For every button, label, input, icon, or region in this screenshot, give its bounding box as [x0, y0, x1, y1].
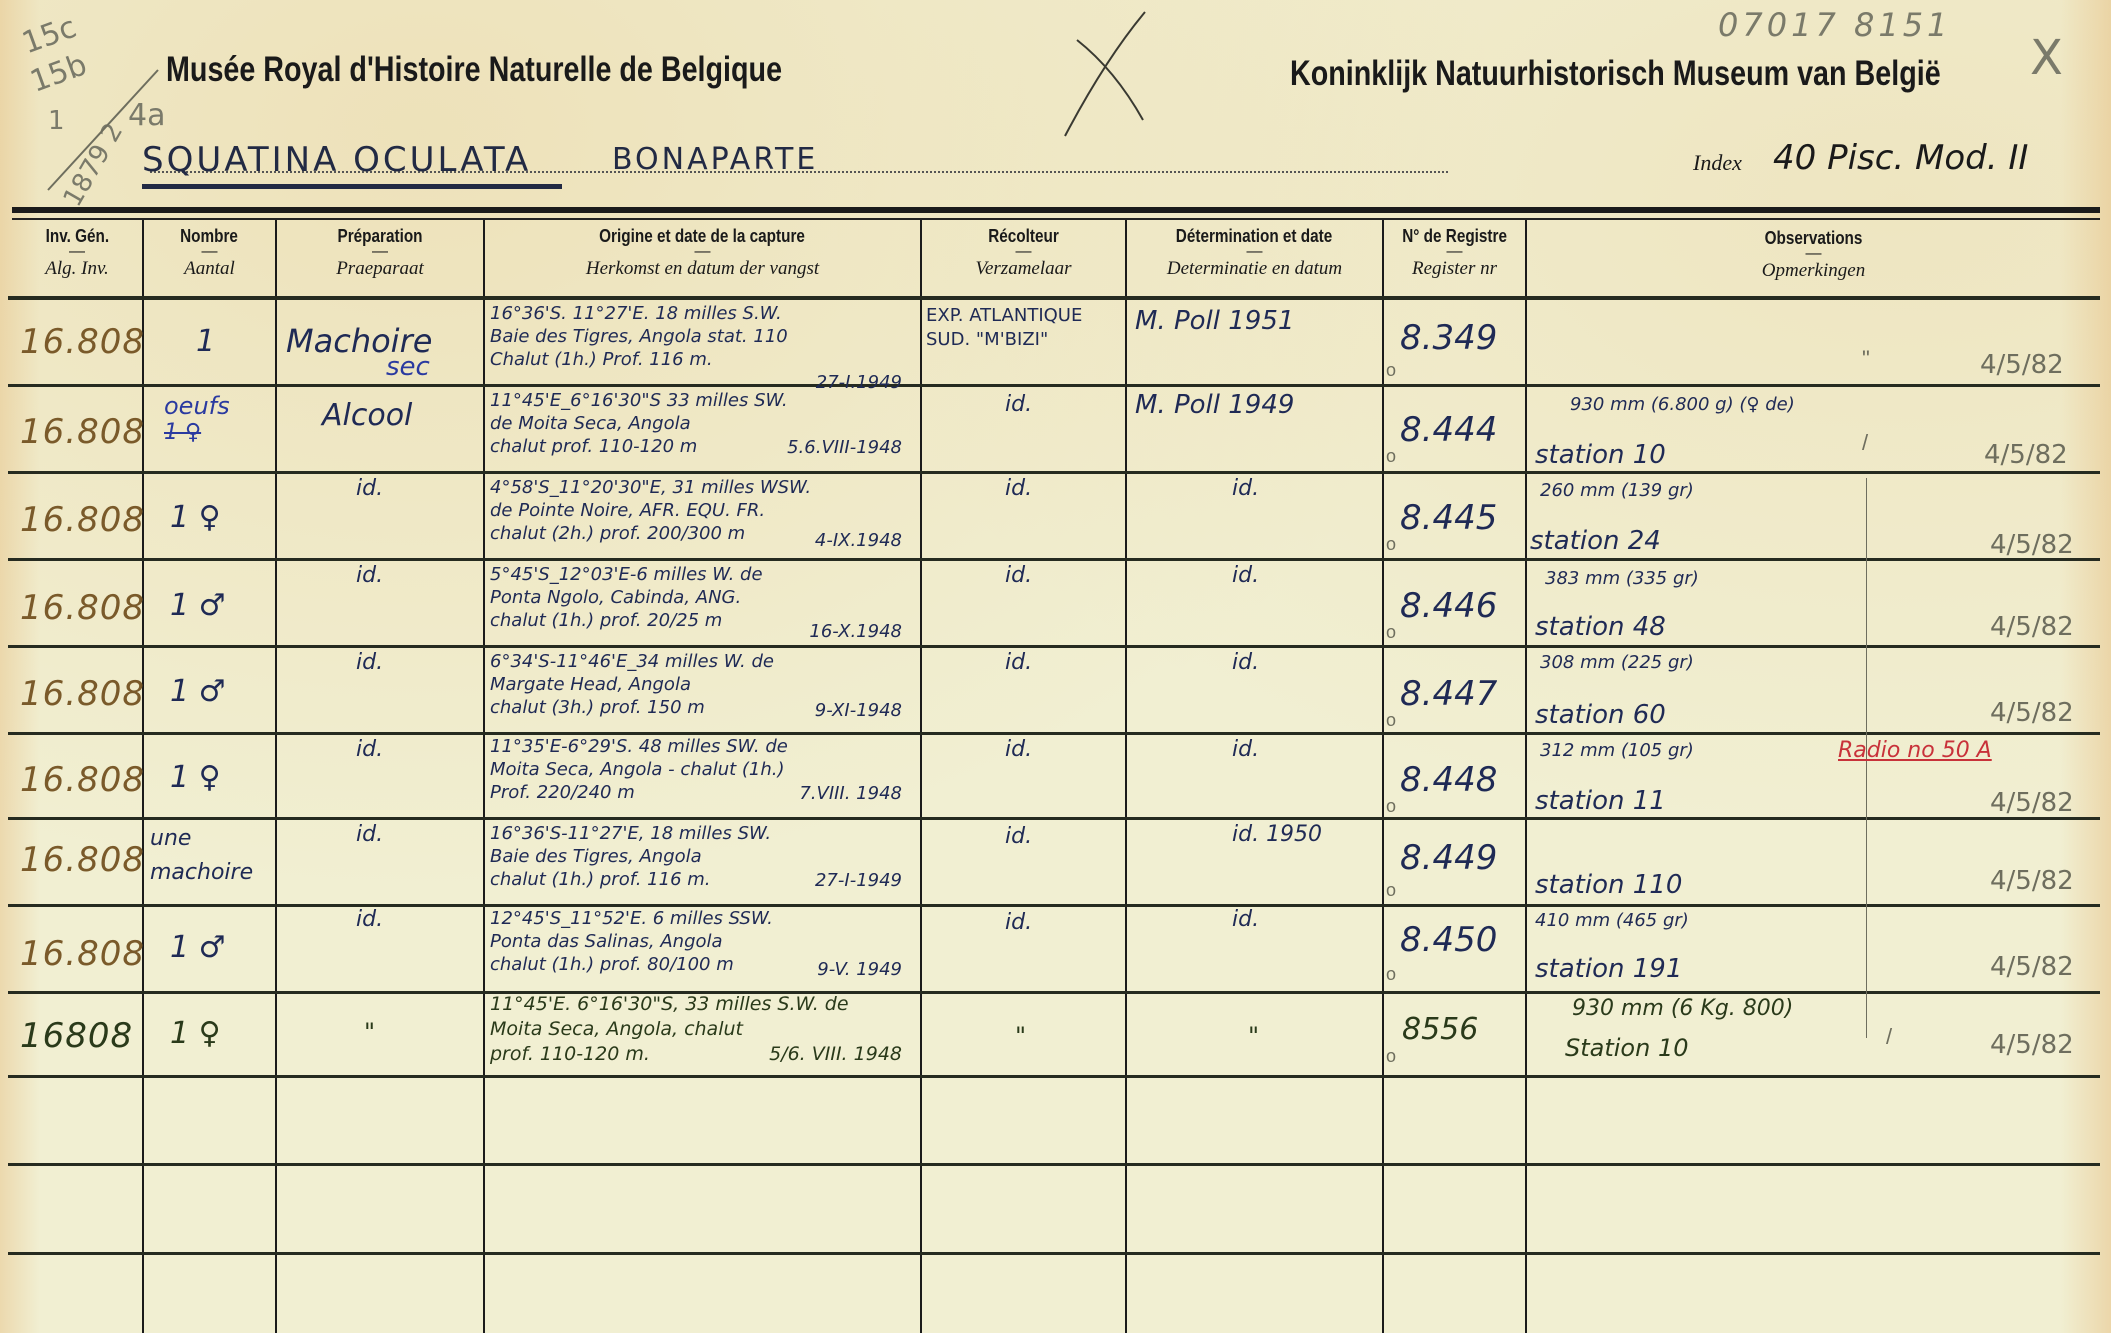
register-marker: o [1386, 710, 1396, 731]
preparation: Alcool [322, 398, 412, 433]
species-underline [142, 184, 562, 189]
index-label: Index [1693, 150, 1742, 176]
determination: id. [1232, 563, 1259, 588]
preparation: id. [356, 822, 383, 847]
origin-and-date: 16°36'S-11°27'E, 18 milles SW. Baie des … [490, 822, 910, 892]
station: station 10 [1535, 440, 1666, 470]
preparation-note: sec [386, 352, 430, 382]
index-value: 40 Pisc. Mod. II [1773, 138, 2028, 178]
origin-and-date: 11°35'E-6°29'S. 48 milles SW. de Moita S… [490, 735, 910, 805]
specimen-count: 1 ♂ [170, 674, 226, 709]
row-rule [8, 645, 2100, 648]
specimen-count: une machoire [150, 822, 270, 890]
catalog-number: 07017 8151 [1718, 6, 1951, 44]
determination: id. [1232, 737, 1259, 762]
measurement: 383 mm (335 gr) [1545, 568, 1699, 589]
row-rule [8, 1252, 2100, 1255]
preparation: id. [356, 650, 383, 675]
specimen-count: 1 ♀ [170, 1016, 221, 1051]
origin-and-date: 5°45'S_12°03'E-6 milles W. de Ponta Ngol… [490, 563, 910, 643]
column-header-observations: Observations — Opmerkingen [1527, 228, 2100, 281]
column-header-nombre: Nombre — Aantal [144, 226, 275, 279]
column-header-recolteur: Récolteur — Verzamelaar [922, 226, 1125, 279]
station: station 11 [1535, 786, 1666, 816]
station: station 48 [1535, 612, 1666, 642]
station: station 110 [1535, 870, 1682, 900]
cross-mark-icon [1045, 10, 1155, 140]
column-header-preparation: Préparation — Praeparaat [277, 226, 483, 279]
column-header-registre: N° de Registre — Register nr [1384, 226, 1525, 279]
row-rule [8, 1163, 2100, 1166]
row-rule [8, 1075, 2100, 1078]
row-rule [8, 384, 2100, 387]
check-date: 4/5/82 [1990, 612, 2074, 642]
station: station 60 [1535, 700, 1666, 730]
column-header-determination: Détermination et date — Determinatie en … [1127, 226, 1382, 279]
determination: id. [1232, 907, 1259, 932]
origin-and-date: 11°45'E. 6°16'30"S, 33 milles S.W. de Mo… [490, 992, 910, 1067]
specimen-count-struck: 1 ♀ [164, 420, 201, 445]
register-number: 8.349 [1400, 318, 1497, 358]
determination: id. [1232, 476, 1259, 501]
measurement: 260 mm (139 gr) [1540, 480, 1694, 501]
specimen-count: oeufs [164, 392, 230, 420]
inv-number: 16.808 [20, 412, 145, 452]
register-number: 8.444 [1400, 410, 1497, 450]
inv-number: 16.808 [20, 322, 145, 362]
origin-and-date: 11°45'E_6°16'30"S 33 milles SW. de Moita… [490, 389, 910, 459]
inv-number: 16.808 [20, 760, 145, 800]
register-number: 8.445 [1400, 498, 1497, 538]
collector: id. [1005, 824, 1032, 849]
corner-cross-mark: X [2030, 30, 2063, 86]
inv-number: 16.808 [20, 500, 145, 540]
register-marker: o [1386, 534, 1396, 555]
table-top-rule [12, 207, 2100, 213]
station: Station 10 [1565, 1034, 1689, 1062]
collector: id. [1005, 392, 1032, 417]
row-rule [8, 991, 2100, 994]
determination: M. Poll 1949 [1135, 390, 1294, 420]
measurement: 930 mm (6 Kg. 800) [1572, 996, 1793, 1021]
preparation: id. [356, 476, 383, 501]
register-marker: o [1386, 622, 1396, 643]
collector: id. [1005, 910, 1032, 935]
origin-and-date: 16°36'S. 11°27'E. 18 milles S.W. Baie de… [490, 302, 910, 394]
radiograph-note: Radio no 50 A [1838, 738, 1992, 763]
specimen-count: 1 ♂ [170, 930, 226, 965]
check-date: 4/5/82 [1984, 440, 2068, 470]
specimen-count: 1 ♀ [170, 760, 221, 795]
origin-and-date: 4°58'S_11°20'30"E, 31 milles WSW. de Poi… [490, 476, 910, 552]
collector: id. [1005, 476, 1032, 501]
check-date: 4/5/82 [1990, 530, 2074, 560]
species-author: BONAPARTE [612, 142, 818, 177]
register-marker: o [1386, 446, 1396, 467]
check-date: 4/5/82 [1990, 866, 2074, 896]
row-rule [8, 904, 2100, 907]
header-bottom-rule [8, 296, 2100, 300]
check-date: 4/5/82 [1990, 698, 2074, 728]
origin-and-date: 6°34'S-11°46'E_34 milles W. de Margate H… [490, 650, 910, 722]
station: station 191 [1535, 954, 1682, 984]
preparation: id. [356, 907, 383, 932]
row-rule [8, 817, 2100, 820]
specimen-count: 1 ♂ [170, 588, 226, 623]
register-number: 8.450 [1400, 920, 1497, 960]
inv-number: 16.808 [20, 588, 145, 628]
register-marker: o [1386, 880, 1396, 901]
specimen-count: 1 [196, 324, 215, 359]
preparation: id. [356, 563, 383, 588]
row-rule [8, 558, 2100, 561]
register-number: 8.446 [1400, 586, 1497, 626]
museum-title-nl: Koninklijk Natuurhistorisch Museum van B… [1290, 54, 1941, 94]
register-marker: o [1386, 360, 1396, 381]
measurement: 312 mm (105 gr) [1540, 740, 1694, 761]
register-marker: o [1386, 796, 1396, 817]
species-name: SQUATINA OCULATA [142, 140, 531, 180]
measurement: 308 mm (225 gr) [1540, 652, 1694, 673]
preparation: " [364, 1018, 375, 1046]
register-marker: o [1386, 1046, 1396, 1067]
register-number: 8.448 [1400, 760, 1497, 800]
table-top-rule-thin [12, 218, 2100, 220]
museum-title-fr: Musée Royal d'Histoire Naturelle de Belg… [166, 50, 782, 90]
collector: id. [1005, 563, 1032, 588]
column-header-inv: Inv. Gén. — Alg. Inv. [12, 226, 142, 279]
inv-number: 16808 [20, 1016, 133, 1056]
register-number: 8556 [1402, 1012, 1478, 1047]
pencil-tick: " [1862, 346, 1870, 372]
check-date: 4/5/82 [1980, 350, 2064, 380]
register-number: 8.447 [1400, 674, 1497, 714]
row-rule [8, 732, 2100, 735]
pencil-tick: / [1886, 1024, 1892, 1050]
pencil-tick: / [1862, 430, 1868, 456]
collector: " [1015, 1022, 1026, 1050]
check-date: 4/5/82 [1990, 788, 2074, 818]
row-rule [8, 471, 2100, 474]
preparation: id. [356, 737, 383, 762]
check-date: 4/5/82 [1990, 1030, 2074, 1060]
column-header-origine: Origine et date de la capture — Herkomst… [485, 226, 920, 279]
origin-and-date: 12°45'S_11°52'E. 6 milles SSW. Ponta das… [490, 907, 910, 981]
register-number: 8.449 [1400, 838, 1497, 878]
check-date: 4/5/82 [1990, 952, 2074, 982]
determination: id. [1232, 650, 1259, 675]
measurement: 410 mm (465 gr) [1535, 910, 1689, 931]
collector: id. [1005, 650, 1032, 675]
determination: id. 1950 [1232, 822, 1322, 847]
collector: EXP. ATLANTIQUE SUD. "M'BIZI" [926, 304, 1082, 352]
inv-number: 16.808 [20, 674, 145, 714]
inv-number: 16.808 [20, 934, 145, 974]
station: station 24 [1530, 526, 1661, 556]
collector: id. [1005, 737, 1032, 762]
determination: M. Poll 1951 [1135, 306, 1294, 336]
specimen-count: 1 ♀ [170, 500, 221, 535]
inv-number: 16.808 [20, 840, 145, 880]
determination: " [1248, 1022, 1259, 1050]
measurement: 930 mm (6.800 g) (♀ de) [1570, 394, 1795, 415]
register-marker: o [1386, 964, 1396, 985]
